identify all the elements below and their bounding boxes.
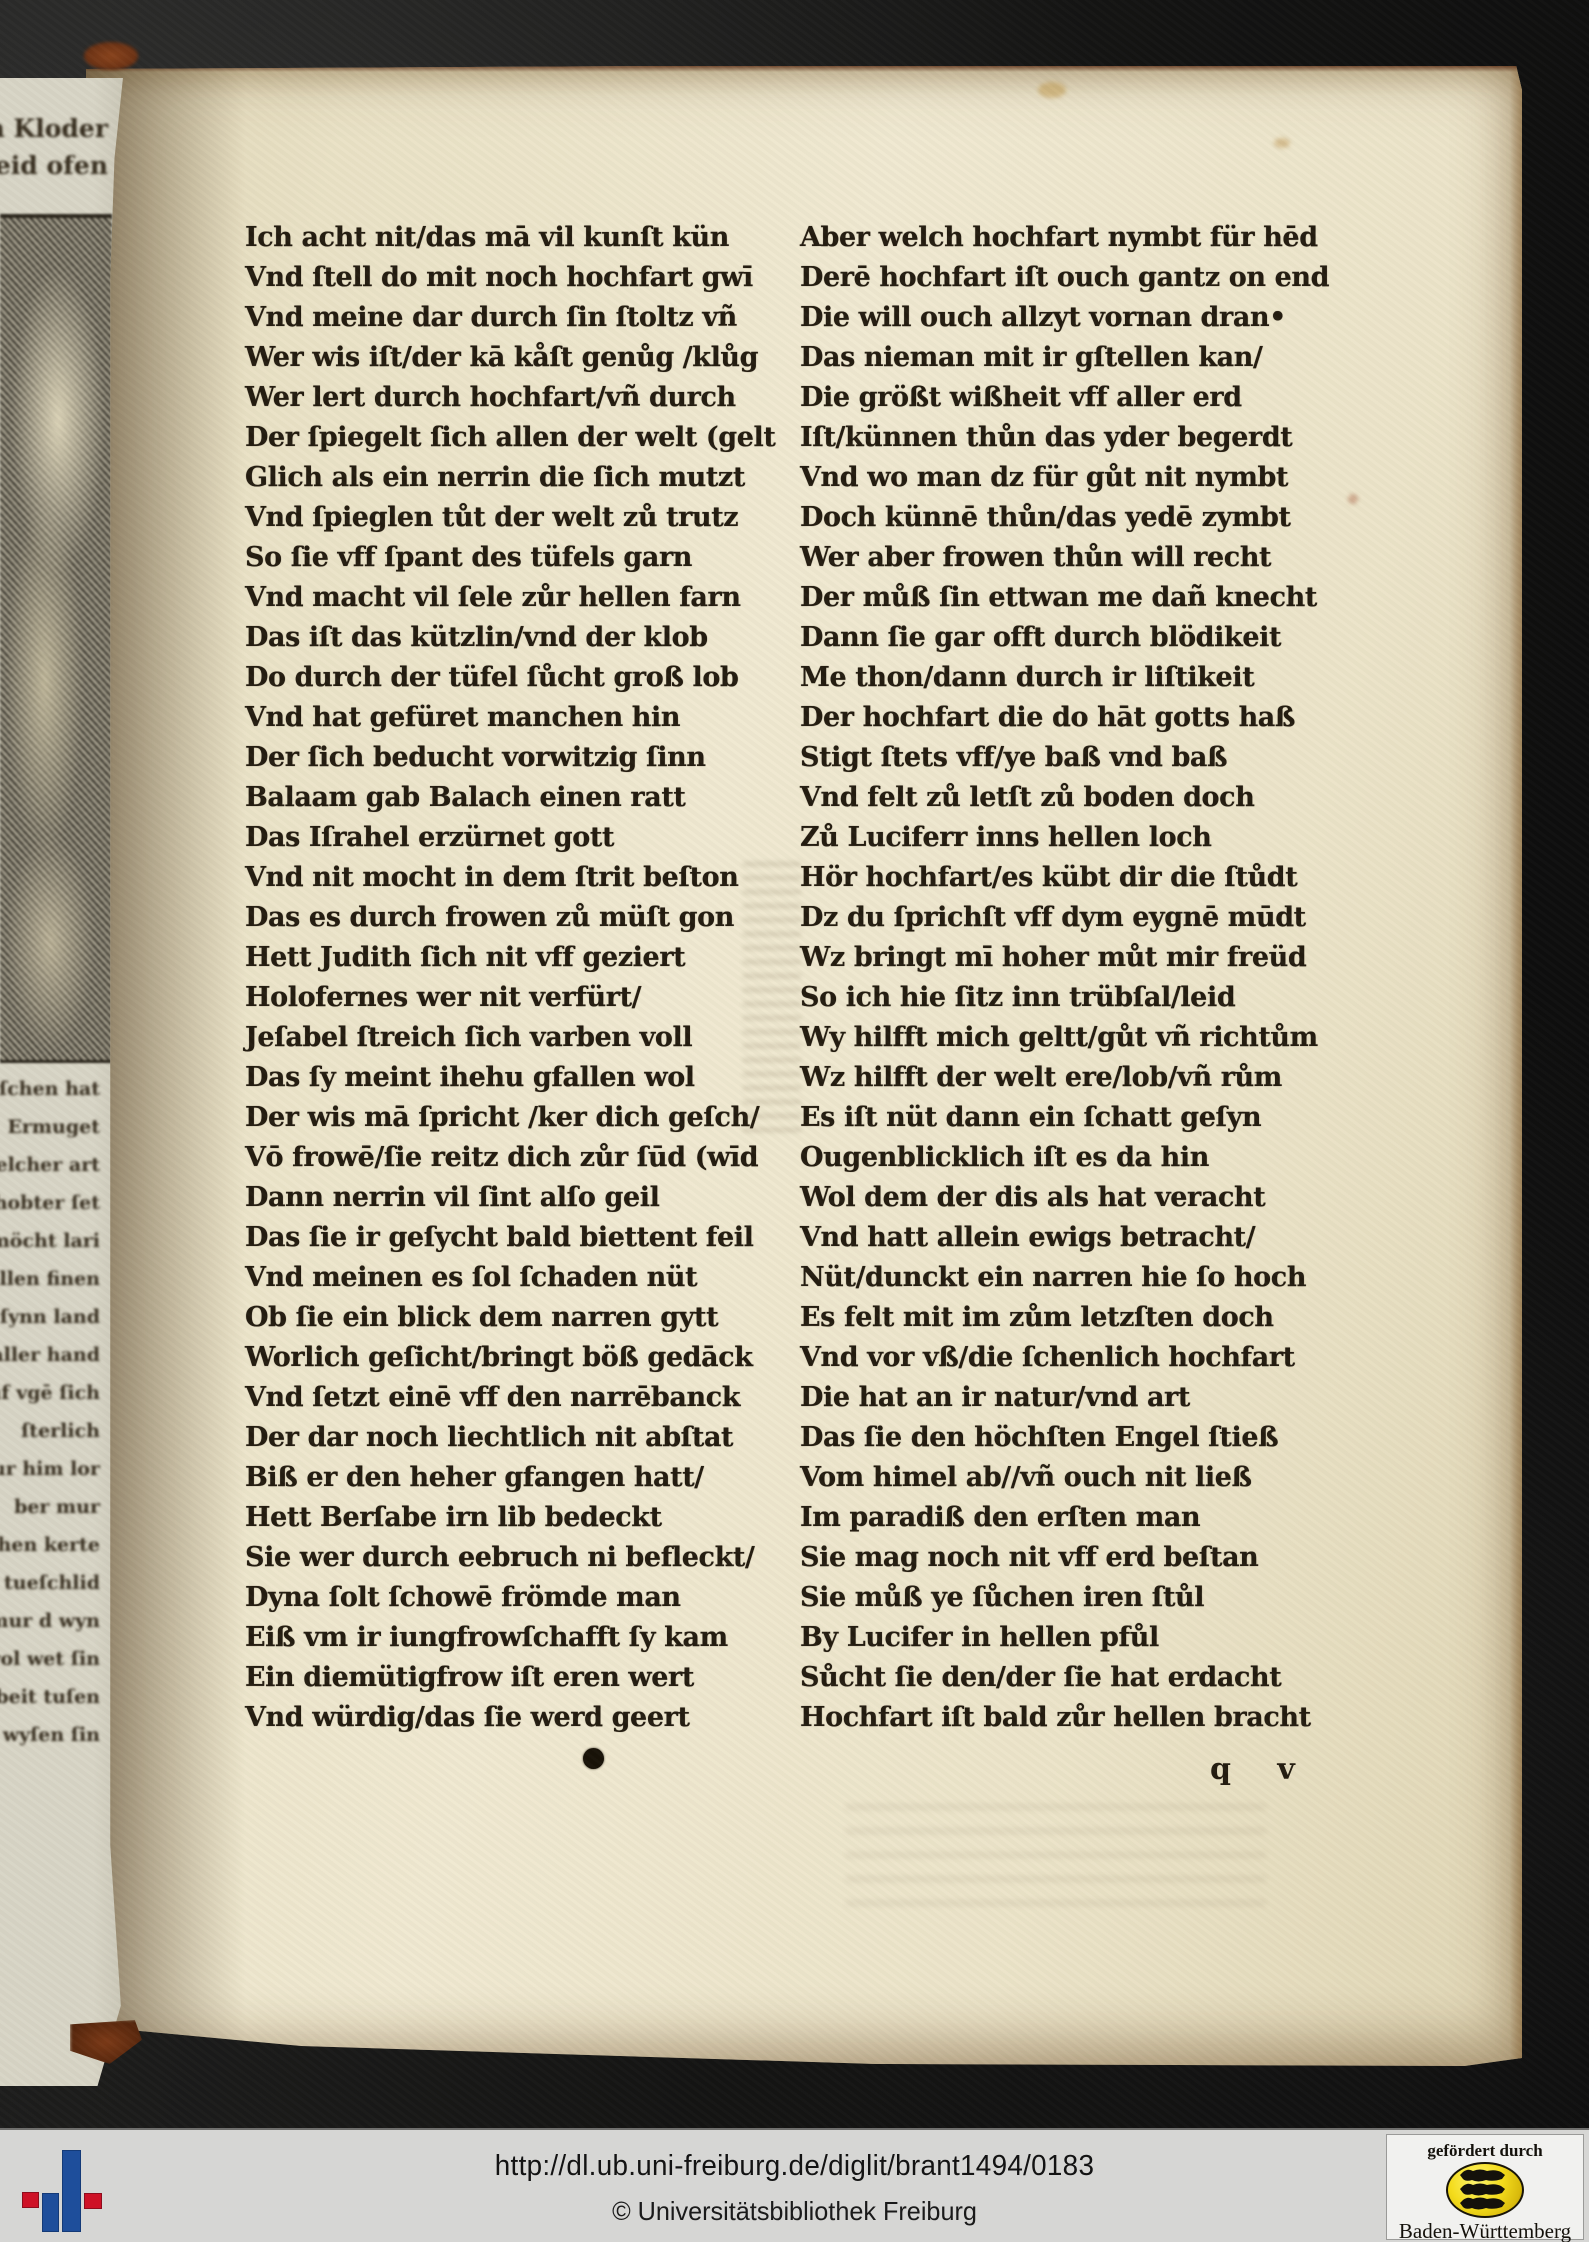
text-line: Worlich geſicht/bringt böß gedāck — [245, 1338, 790, 1378]
text-line: Vnd ſpieglen tůt der welt zů trutz — [245, 498, 790, 538]
text-line: Der dar noch liechtlich nit abſtat — [245, 1418, 790, 1458]
text-line: Der wis mā ſpricht /ker dich geſch/ — [245, 1098, 790, 1138]
text-line: Biß er den heher gfangen hatt/ — [245, 1458, 790, 1498]
bw-coat-of-arms-icon — [1446, 2162, 1524, 2218]
ink-blot — [583, 1748, 604, 1769]
text-line: mur d wyn — [0, 1602, 100, 1640]
text-line: Der ſpiegelt ſich allen der welt (gelt — [245, 418, 790, 458]
text-line: Vnd meinen es ſol ſchaden nüt — [245, 1258, 790, 1298]
text-line: wyſen ſin — [0, 1716, 100, 1754]
edge-text-fragments-side: ſchen hatErmugeteuelcher arthobter ſetmö… — [0, 1070, 100, 1754]
text-line: Wer wis iſt/der kā kåſt genůg /klůg — [245, 338, 790, 378]
text-line: Der ſich beducht vorwitzig ſinn — [245, 738, 790, 778]
text-line: Vnd felt zů letſt zů boden doch — [800, 778, 1360, 818]
edge-text-fragments-top: ffyn Klodern heid ofen — [0, 110, 108, 184]
text-line: So ich hie ſitz inn trübſal/leid — [800, 978, 1360, 1018]
text-line: Hett Berſabe irn lib bedeckt — [245, 1498, 790, 1538]
text-line: By Lucifer in hellen pfůl — [800, 1618, 1360, 1658]
footer-url: http://dl.ub.uni-freiburg.de/diglit/bran… — [32, 2150, 1557, 2183]
text-column-left: Ich acht nit/das mā vil kunſt künVnd ſte… — [245, 218, 790, 1738]
text-line: Sůcht ſie den/der ſie hat erdacht — [800, 1658, 1360, 1698]
text-line: Ermuget — [0, 1108, 100, 1146]
text-line: Do durch der tüfel ſůcht groß lob — [245, 658, 790, 698]
text-line: Stigt ſtets vff/ye baß vnd baß — [800, 738, 1360, 778]
paper-stain — [1274, 138, 1290, 148]
text-line: Sie mag noch nit vff erd beſtan — [800, 1538, 1360, 1578]
text-line: ſynn land — [0, 1298, 100, 1336]
text-line: Vnd vor vß/die ſchenlich hochfart — [800, 1338, 1360, 1378]
text-line: Ob ſie ein blick dem narren gytt — [245, 1298, 790, 1338]
text-line: Hochfart iſt bald zůr hellen bracht — [800, 1698, 1360, 1738]
text-line: Vnd hat gefüret manchen hin — [245, 698, 790, 738]
text-line: wur him lor — [0, 1450, 100, 1488]
text-line: Wer lert durch hochfart/vñ durch — [245, 378, 790, 418]
funding-region: Baden-Württemberg — [1387, 2219, 1583, 2242]
text-line: Das ſie ir geſycht bald biettent feil — [245, 1218, 790, 1258]
text-line: Das ſy meint ihehu gfallen wol — [245, 1058, 790, 1098]
text-line: Me thon/dann durch ir liſtikeit — [800, 658, 1360, 698]
text-line: Wz hilfft der welt ere/lob/vñ rům — [800, 1058, 1360, 1098]
text-line: Dann ſie gar offt durch blödikeit — [800, 618, 1360, 658]
text-line: aller hand — [0, 1336, 100, 1374]
text-line: wol wet ſin — [0, 1640, 100, 1678]
text-line: Ich acht nit/das mā vil kunſt kün — [245, 218, 790, 258]
text-line: ſchen hat — [0, 1070, 100, 1108]
text-line: Vnd macht vil ſele zůr hellen farn — [245, 578, 790, 618]
text-line: Vnd ſetzt einē vff den narrēbanck — [245, 1378, 790, 1418]
woodcut-fragment — [0, 214, 112, 1063]
text-line: Vō frowē/ſie reitz dich zůr ſūd (wīd — [245, 1138, 790, 1178]
text-line: Jeſabel ſtreich ſich varben voll — [245, 1018, 790, 1058]
text-line: Der můß ſin ettwan me dañ knecht — [800, 578, 1360, 618]
text-line: Dz du ſprichſt vff dym eygnē mūdt — [800, 898, 1360, 938]
funding-caption: gefördert durch — [1387, 2141, 1583, 2161]
text-line: Es felt mit im zům letzſten doch — [800, 1298, 1360, 1338]
text-line: Die größt wißheit vff aller erd — [800, 378, 1360, 418]
text-line: Im paradiß den erſten man — [800, 1498, 1360, 1538]
text-line: Iſt/künnen thůn das yder begerdt — [800, 418, 1360, 458]
text-line: euelcher art — [0, 1146, 100, 1184]
text-line: Vom himel ab//vñ ouch nit ließ — [800, 1458, 1360, 1498]
text-line: Das ſie den höchſten Engel ſtieß — [800, 1418, 1360, 1458]
text-line: Balaam gab Balach einen ratt — [245, 778, 790, 818]
previous-page-edge: ffyn Klodern heid ofen ſchen hatErmugete… — [0, 78, 212, 2086]
text-line: Nüt/dunckt ein narren hie ſo hoch — [800, 1258, 1360, 1298]
text-line: hobter ſet — [0, 1184, 100, 1222]
page-fore-edge — [1510, 66, 1522, 2066]
text-line: Zů Luciferr inns hellen loch — [800, 818, 1360, 858]
footer-copyright: © Universitätsbibliothek Freiburg — [24, 2196, 1565, 2227]
text-line: ffyn Kloder — [0, 110, 108, 147]
text-column-right: Aber welch hochfart nymbt für hēdDerē ho… — [800, 218, 1360, 1738]
text-line: Wz bringt mī hoher můt mir freüd — [800, 938, 1360, 978]
leather-spine-tuft — [84, 42, 138, 70]
three-lions-icon — [1457, 2169, 1513, 2211]
text-line: Derē hochfart iſt ouch gantz on end — [800, 258, 1360, 298]
funding-badge: gefördert durch Baden-Württemberg — [1386, 2134, 1584, 2240]
text-line: Doch künnē thůn/das yedē zymbt — [800, 498, 1360, 538]
text-line: arbeit tuſen — [0, 1678, 100, 1716]
scan-photo: Ich acht nit/das mā vil kunſt künVnd ſte… — [0, 0, 1589, 2128]
book-page: Ich acht nit/das mā vil kunſt künVnd ſte… — [86, 66, 1522, 2066]
text-line: ſchuuf vgē ſich — [0, 1374, 100, 1412]
footer-bar: http://dl.ub.uni-freiburg.de/diglit/bran… — [0, 2128, 1589, 2242]
text-line: ſpillen finen — [0, 1260, 100, 1298]
text-line: Dyna ſolt ſchowē frömde man — [245, 1578, 790, 1618]
text-line: Glich als ein nerrin die ſich mutzt — [245, 458, 790, 498]
text-line: Holofernes wer nit verfürt/ — [245, 978, 790, 1018]
text-line: Vnd wo man dz für gůt nit nymbt — [800, 458, 1360, 498]
text-line: Es iſt nüt dann ein ſchatt geſyn — [800, 1098, 1360, 1138]
text-line: Hett Judith ſich nit vff geziert — [245, 938, 790, 978]
scan-viewer: Ich acht nit/das mā vil kunſt künVnd ſte… — [0, 0, 1589, 2242]
text-line: Wy hilfft mich geltt/gůt vñ richtům — [800, 1018, 1360, 1058]
text-line: waſſchen kerte — [0, 1526, 100, 1564]
text-line: Sie wer durch eebruch ni befleckt/ — [245, 1538, 790, 1578]
text-line: Die hat an ir natur/vnd art — [800, 1378, 1360, 1418]
text-line: Das es durch frowen zů müſt gon — [245, 898, 790, 938]
text-line: Aber welch hochfart nymbt für hēd — [800, 218, 1360, 258]
text-line: Dann nerrin vil ſint alſo geil — [245, 1178, 790, 1218]
text-line: Das Iſrahel erzürnet gott — [245, 818, 790, 858]
text-line: Das iſt das kützlin/vnd der klob — [245, 618, 790, 658]
text-line: Die will ouch allzyt vornan dran• — [800, 298, 1360, 338]
text-line: Vnd nit mocht in dem ſtrit beſton — [245, 858, 790, 898]
text-line: Hör hochfart/es kübt dir die ſtůdt — [800, 858, 1360, 898]
text-line: Der hochfart die do hāt gotts haß — [800, 698, 1360, 738]
show-through-lines — [846, 1788, 1266, 1906]
text-line: ber mur — [0, 1488, 100, 1526]
text-line: Ougenblicklich iſt es da hin — [800, 1138, 1360, 1178]
text-line: Vnd hatt allein ewigs betracht/ — [800, 1218, 1360, 1258]
text-line: Wer aber frowen thůn will recht — [800, 538, 1360, 578]
leather-spine-tail — [70, 2020, 142, 2064]
show-through-smudge — [743, 862, 801, 1132]
paper-stain — [1038, 82, 1066, 98]
text-line: Ein diemütigfrow iſt eren wert — [245, 1658, 790, 1698]
text-line: So ſie vff ſpant des tüfels garn — [245, 538, 790, 578]
text-line: Sie můß ye ſůchen iren ſtůl — [800, 1578, 1360, 1618]
text-line: tueſchlid — [0, 1564, 100, 1602]
text-line: Vnd ſtell do mit noch hochfart gwī — [245, 258, 790, 298]
text-line: Vnd meine dar durch ſin ſtoltz vñ — [245, 298, 790, 338]
text-line: Eiß vm ir iungfrowſchafft ſy kam — [245, 1618, 790, 1658]
text-line: n heid ofen — [0, 147, 108, 184]
text-line: Vnd würdig/das ſie werd geert — [245, 1698, 790, 1738]
quire-signature: q v — [1210, 1752, 1295, 1787]
paper-stain — [1348, 494, 1358, 504]
text-line: ſterlich — [0, 1412, 100, 1450]
text-line: möcht lari — [0, 1222, 100, 1260]
text-line: Das nieman mit ir gſtellen kan/ — [800, 338, 1360, 378]
text-line: Wol dem der dis als hat veracht — [800, 1178, 1360, 1218]
